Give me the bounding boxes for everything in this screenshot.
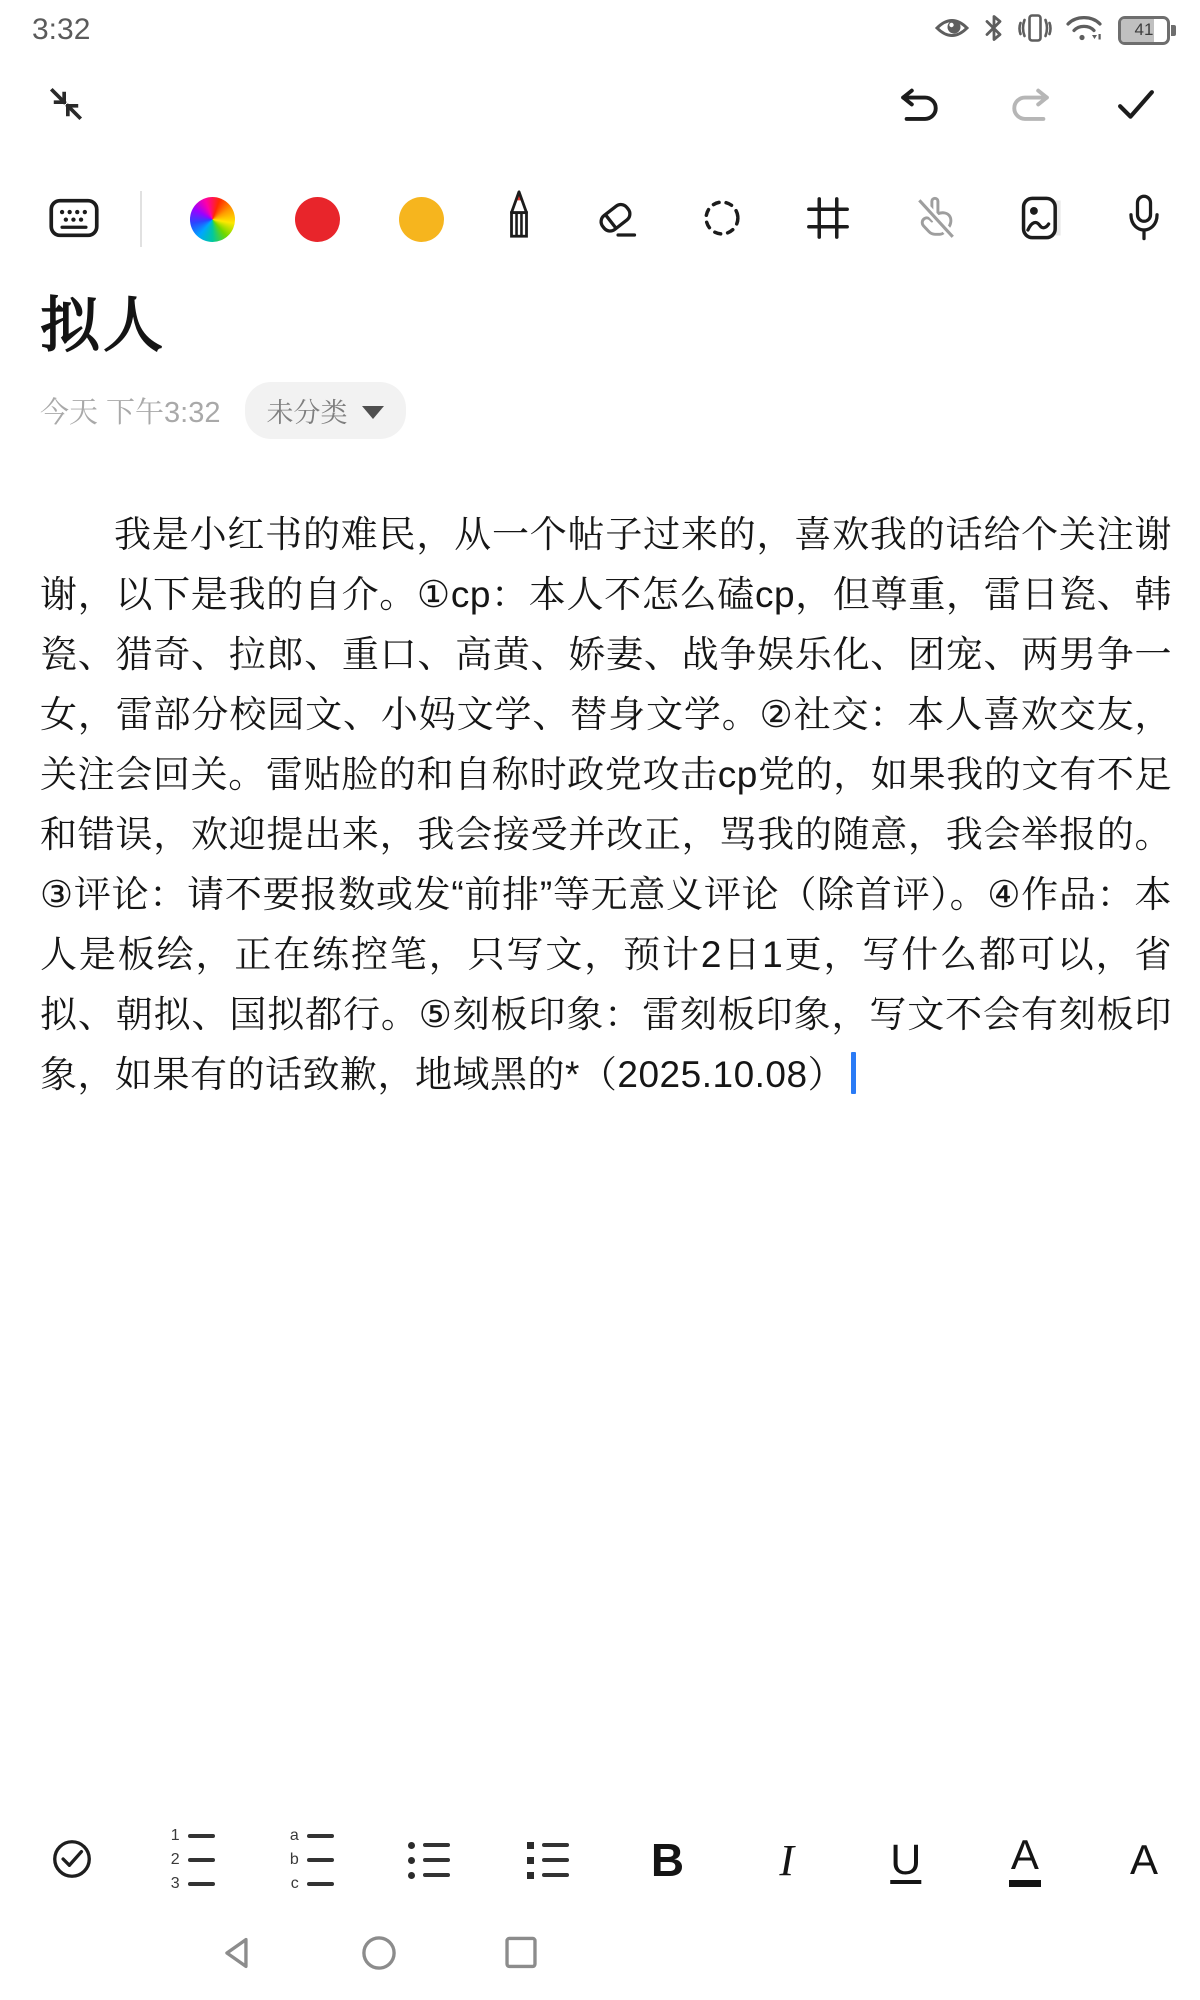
square-list-icon — [527, 1842, 569, 1879]
pencil-tool-button[interactable] — [504, 190, 534, 249]
underline-button[interactable]: U — [878, 1836, 934, 1885]
insert-photo-button[interactable] — [1018, 194, 1064, 245]
note-title[interactable]: 拟人 — [40, 278, 1200, 364]
recents-icon — [502, 1959, 540, 1974]
android-nav-bar — [0, 1908, 1200, 2000]
battery-icon: 41 — [1118, 16, 1170, 45]
category-label: 未分类 — [267, 391, 348, 430]
bottom-format-bar: 1 2 3 a b c B — [0, 1812, 1200, 1908]
home-icon — [360, 1959, 398, 1974]
font-size-button[interactable]: A — [1116, 1836, 1172, 1884]
yellow-pen-color-icon — [399, 197, 444, 242]
italic-button[interactable]: I — [759, 1835, 815, 1886]
pen-tools-group — [142, 190, 1200, 249]
numbered-list-icon: 1 2 3 — [168, 1828, 215, 1892]
red-pen-color-icon — [295, 197, 340, 242]
lasso-select-button[interactable] — [699, 195, 745, 244]
lettered-list-icon: a b c — [287, 1828, 334, 1892]
action-bar — [0, 76, 1200, 142]
chevron-down-icon — [362, 406, 384, 419]
todo-check-button[interactable] — [44, 1836, 100, 1885]
vibrate-icon — [1018, 13, 1052, 48]
undo-icon — [898, 114, 944, 129]
note-body-editor[interactable]: 我是小红书的难民，从一个帖子过来的，喜欢我的话给个关注谢谢，以下是我的自介。①c… — [40, 505, 1172, 1105]
palm-rejection-button[interactable] — [911, 194, 959, 245]
microphone-icon — [1124, 231, 1164, 246]
square-list-button[interactable] — [520, 1842, 576, 1879]
keyboard-toggle-button[interactable] — [48, 195, 100, 244]
category-selector[interactable]: 未分类 — [245, 382, 406, 439]
frame-crop-button[interactable] — [805, 195, 851, 244]
color-wheel-icon — [190, 197, 235, 242]
lettered-list-button[interactable]: a b c — [282, 1828, 338, 1892]
nav-recents-button[interactable] — [502, 1935, 540, 1974]
numbered-list-button[interactable]: 1 2 3 — [163, 1828, 219, 1892]
microphone-button[interactable] — [1124, 193, 1164, 246]
collapse-icon — [44, 114, 88, 129]
bold-button[interactable]: B — [640, 1833, 696, 1887]
text-cursor — [851, 1052, 856, 1094]
status-icons: 41 — [934, 13, 1170, 48]
frame-crop-icon — [805, 229, 851, 244]
back-icon — [218, 1959, 256, 1974]
font-color-icon: A — [1009, 1833, 1041, 1886]
notes-app-screen: 3:32 — [0, 0, 1200, 2000]
eraser-icon — [594, 229, 640, 244]
note-body-text: 我是小红书的难民，从一个帖子过来的，喜欢我的话给个关注谢谢，以下是我的自介。①c… — [40, 514, 1172, 1095]
battery-percent: 41 — [1121, 20, 1167, 40]
status-bar: 3:32 — [0, 0, 1200, 48]
font-color-button[interactable]: A — [997, 1833, 1053, 1886]
insert-photo-icon — [1018, 230, 1064, 245]
status-time: 3:32 — [32, 13, 90, 47]
lasso-select-icon — [699, 229, 745, 244]
pencil-icon — [504, 234, 534, 249]
keyboard-icon — [48, 229, 100, 244]
note-meta: 今天 下午3:32 未分类 — [40, 382, 1200, 439]
redo-icon — [1006, 114, 1052, 129]
red-pen-button[interactable] — [295, 197, 340, 242]
todo-check-icon — [49, 1836, 95, 1885]
format-toolbar — [0, 184, 1200, 254]
undo-button[interactable] — [898, 84, 944, 129]
bullet-list-button[interactable] — [401, 1842, 457, 1879]
wifi-icon — [1065, 13, 1105, 48]
yellow-pen-button[interactable] — [399, 197, 444, 242]
eye-comfort-icon — [934, 14, 970, 47]
confirm-check-icon — [1114, 113, 1158, 128]
confirm-button[interactable] — [1114, 85, 1158, 128]
action-right-group — [898, 84, 1158, 129]
color-wheel-button[interactable] — [190, 197, 235, 242]
nav-back-button[interactable] — [218, 1935, 256, 1974]
note-date: 今天 下午3:32 — [40, 390, 221, 431]
nav-home-button[interactable] — [360, 1935, 398, 1974]
palm-rejection-icon — [911, 230, 959, 245]
redo-button[interactable] — [1006, 84, 1052, 129]
eraser-tool-button[interactable] — [594, 195, 640, 244]
collapse-button[interactable] — [44, 82, 88, 129]
bullet-list-icon — [408, 1842, 450, 1879]
bluetooth-icon — [983, 13, 1005, 48]
